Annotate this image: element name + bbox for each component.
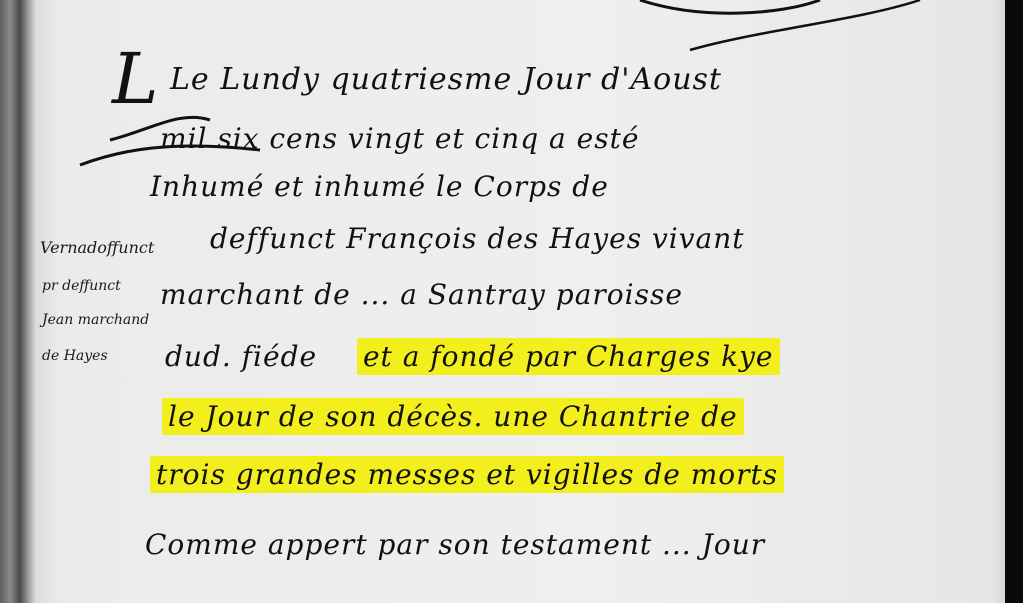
text-line-6: dud. fiéde et a fondé par Charges kye bbox=[165, 340, 780, 373]
text-line-7: le Jour de son décès. une Chantrie de bbox=[162, 400, 744, 433]
margin-note-1: Vernadoffunct bbox=[40, 238, 154, 257]
text-line-2: mil six cens vingt et cinq a esté bbox=[160, 122, 639, 155]
highlighted-text: le Jour de son décès. une Chantrie de bbox=[162, 398, 744, 435]
margin-note-2: pr deffunct bbox=[42, 278, 121, 294]
text-line-8: trois grandes messes et vigilles de mort… bbox=[150, 458, 784, 491]
margin-note-3: Jean marchand bbox=[42, 312, 149, 328]
text-line-5: marchant de ... a Santray paroisse bbox=[160, 278, 683, 311]
text-line-1: Le Lundy quatriesme Jour d'Aoust bbox=[170, 62, 722, 97]
text-line-3: Inhumé et inhumé le Corps de bbox=[150, 170, 609, 203]
text-line-9: Comme appert par son testament ... Jour bbox=[145, 528, 765, 561]
decorated-initial: L bbox=[112, 38, 158, 120]
text-line-4: deffunct François des Hayes vivant bbox=[210, 222, 745, 255]
highlighted-text: et a fondé par Charges kye bbox=[357, 338, 780, 375]
page-edge-shadow bbox=[1005, 0, 1023, 603]
text-line-6-plain: dud. fiéde bbox=[165, 340, 317, 373]
highlighted-text: trois grandes messes et vigilles de mort… bbox=[150, 456, 784, 493]
margin-note-4: de Hayes bbox=[42, 348, 108, 364]
